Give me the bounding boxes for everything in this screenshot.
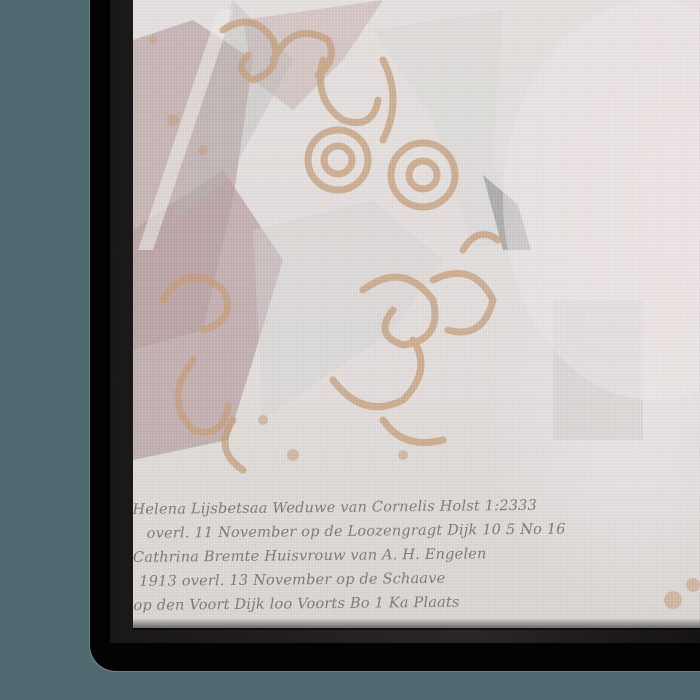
artwork-canvas: Helena Lijsbetsaa Weduwe van Cornelis Ho… <box>133 0 700 628</box>
handwritten-script: Helena Lijsbetsaa Weduwe van Cornelis Ho… <box>133 492 700 618</box>
canvas-bottom-shadow <box>133 618 700 630</box>
pale-face-area <box>503 0 700 400</box>
